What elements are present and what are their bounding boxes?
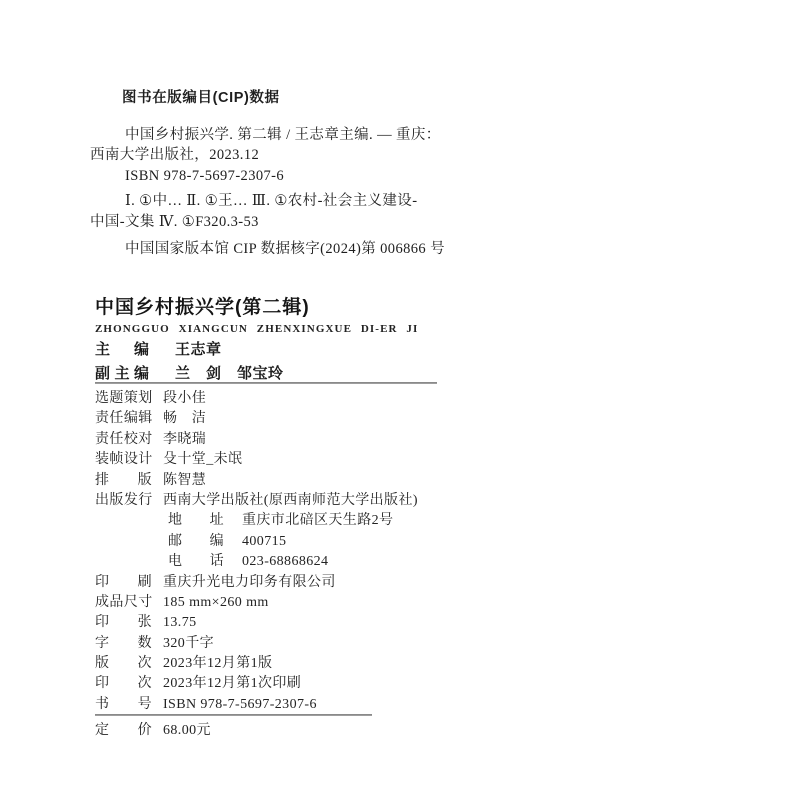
row-label: 出版发行: [95, 489, 152, 509]
row-label: 责任校对: [95, 428, 152, 448]
chief-editor-names: 王志章: [175, 339, 222, 360]
colophon-row-publisher: 出版发行 西南大学出版社(原西南师范大学出版社): [95, 489, 695, 509]
row-label: 印次: [95, 672, 152, 692]
row-value: ISBN 978-7-5697-2307-6: [163, 697, 317, 713]
price-value: 68.00元: [163, 719, 211, 739]
colophon-row-wordcount: 字数 320千字: [95, 632, 695, 652]
row-label: 选题策划: [95, 387, 152, 407]
colophon-section: 选题策划 段小佳 责任编辑 畅 洁 责任校对 李晓瑞 装帧设计 殳十堂_未氓 排…: [95, 387, 695, 713]
divider-top: [95, 382, 437, 384]
cip-line-isbn: ISBN 978-7-5697-2307-6: [90, 166, 650, 187]
cip-line-publisher: 西南大学出版社，2023.12: [90, 145, 650, 166]
row-value: 殳十堂_未氓: [163, 448, 242, 468]
row-value: 重庆升光电力印务有限公司: [163, 571, 336, 591]
row-value: 陈智慧: [163, 469, 206, 489]
row-label: 印刷: [95, 571, 152, 591]
row-label: 装帧设计: [95, 448, 152, 468]
price-label: 定价: [95, 719, 152, 739]
colophon-row-isbn: 书号 ISBN 978-7-5697-2307-6: [95, 693, 695, 713]
colophon-row-topic-planner: 选题策划 段小佳: [95, 387, 695, 407]
row-value: 320千字: [163, 632, 214, 652]
chief-editor-row: 主编 王志章: [95, 339, 655, 360]
cip-line-registry: 中国国家版本馆 CIP 数据核字(2024)第 006866 号: [90, 239, 650, 260]
row-value: 段小佳: [163, 387, 206, 407]
row-label: 地址: [168, 509, 224, 529]
row-value: 西南大学出版社(原西南师范大学出版社): [163, 489, 418, 509]
row-value: 重庆市北碚区天生路2号: [242, 509, 393, 529]
row-value: 023-68868624: [242, 554, 328, 570]
row-value: 185 mm×260 mm: [163, 595, 269, 611]
cip-heading: 图书在版编目(CIP)数据: [90, 88, 650, 109]
deputy-editor-row: 副主编 兰 剑 邹宝玲: [95, 363, 655, 384]
deputy-editor-label: 副主编: [95, 363, 149, 384]
row-value: 400715: [242, 534, 286, 550]
row-label: 成品尺寸: [95, 591, 152, 611]
colophon-row-printing: 印次 2023年12月第1次印刷: [95, 672, 695, 692]
colophon-row-typesetting: 排版 陈智慧: [95, 469, 695, 489]
colophon-row-sheets: 印张 13.75: [95, 611, 695, 631]
colophon-row-size: 成品尺寸 185 mm×260 mm: [95, 591, 695, 611]
cip-line-classification-2: 中国-文集 Ⅳ. ①F320.3-53: [90, 212, 650, 233]
colophon-row-edition: 版次 2023年12月第1版: [95, 652, 695, 672]
row-value: 13.75: [163, 615, 197, 631]
cip-section: 图书在版编目(CIP)数据 中国乡村振兴学. 第二辑 / 王志章主编. — 重庆…: [90, 88, 650, 260]
divider-bottom: [95, 714, 372, 716]
row-label: 责任编辑: [95, 407, 152, 427]
row-label: 邮编: [168, 530, 224, 550]
row-value: 畅 洁: [163, 407, 206, 427]
row-value: 2023年12月第1次印刷: [163, 672, 301, 692]
title-section: 中国乡村振兴学(第二辑) ZHONGGUO XIANGCUN ZHENXINGX…: [95, 296, 655, 384]
book-title: 中国乡村振兴学(第二辑): [95, 296, 655, 320]
row-label: 印张: [95, 611, 152, 631]
colophon-row-phone: 电话 023-68868624: [95, 550, 695, 570]
row-label: 排版: [95, 469, 152, 489]
copyright-page: 图书在版编目(CIP)数据 中国乡村振兴学. 第二辑 / 王志章主编. — 重庆…: [0, 0, 800, 800]
row-label: 版次: [95, 652, 152, 672]
colophon-row-address: 地址 重庆市北碚区天生路2号: [95, 509, 695, 529]
colophon-row-design: 装帧设计 殳十堂_未氓: [95, 448, 695, 468]
book-title-pinyin: ZHONGGUO XIANGCUN ZHENXINGXUE DI-ER JI: [95, 323, 655, 336]
colophon-row-postcode: 邮编 400715: [95, 530, 695, 550]
colophon-row-printer: 印刷 重庆升光电力印务有限公司: [95, 571, 695, 591]
row-value: 2023年12月第1版: [163, 652, 272, 672]
chief-editor-label: 主编: [95, 339, 149, 360]
colophon-row-proofreader: 责任校对 李晓瑞: [95, 428, 695, 448]
cip-line-classification-1: Ⅰ. ①中… Ⅱ. ①王… Ⅲ. ①农村-社会主义建设-: [90, 191, 650, 212]
colophon-row-editor: 责任编辑 畅 洁: [95, 407, 695, 427]
price-row: 定价 68.00元: [95, 719, 211, 739]
row-label: 电话: [168, 550, 224, 570]
row-value: 李晓瑞: [163, 428, 206, 448]
row-label: 书号: [95, 693, 152, 713]
deputy-editor-names: 兰 剑 邹宝玲: [175, 363, 284, 384]
row-label: 字数: [95, 632, 152, 652]
cip-line-title: 中国乡村振兴学. 第二辑 / 王志章主编. — 重庆：: [90, 125, 650, 146]
